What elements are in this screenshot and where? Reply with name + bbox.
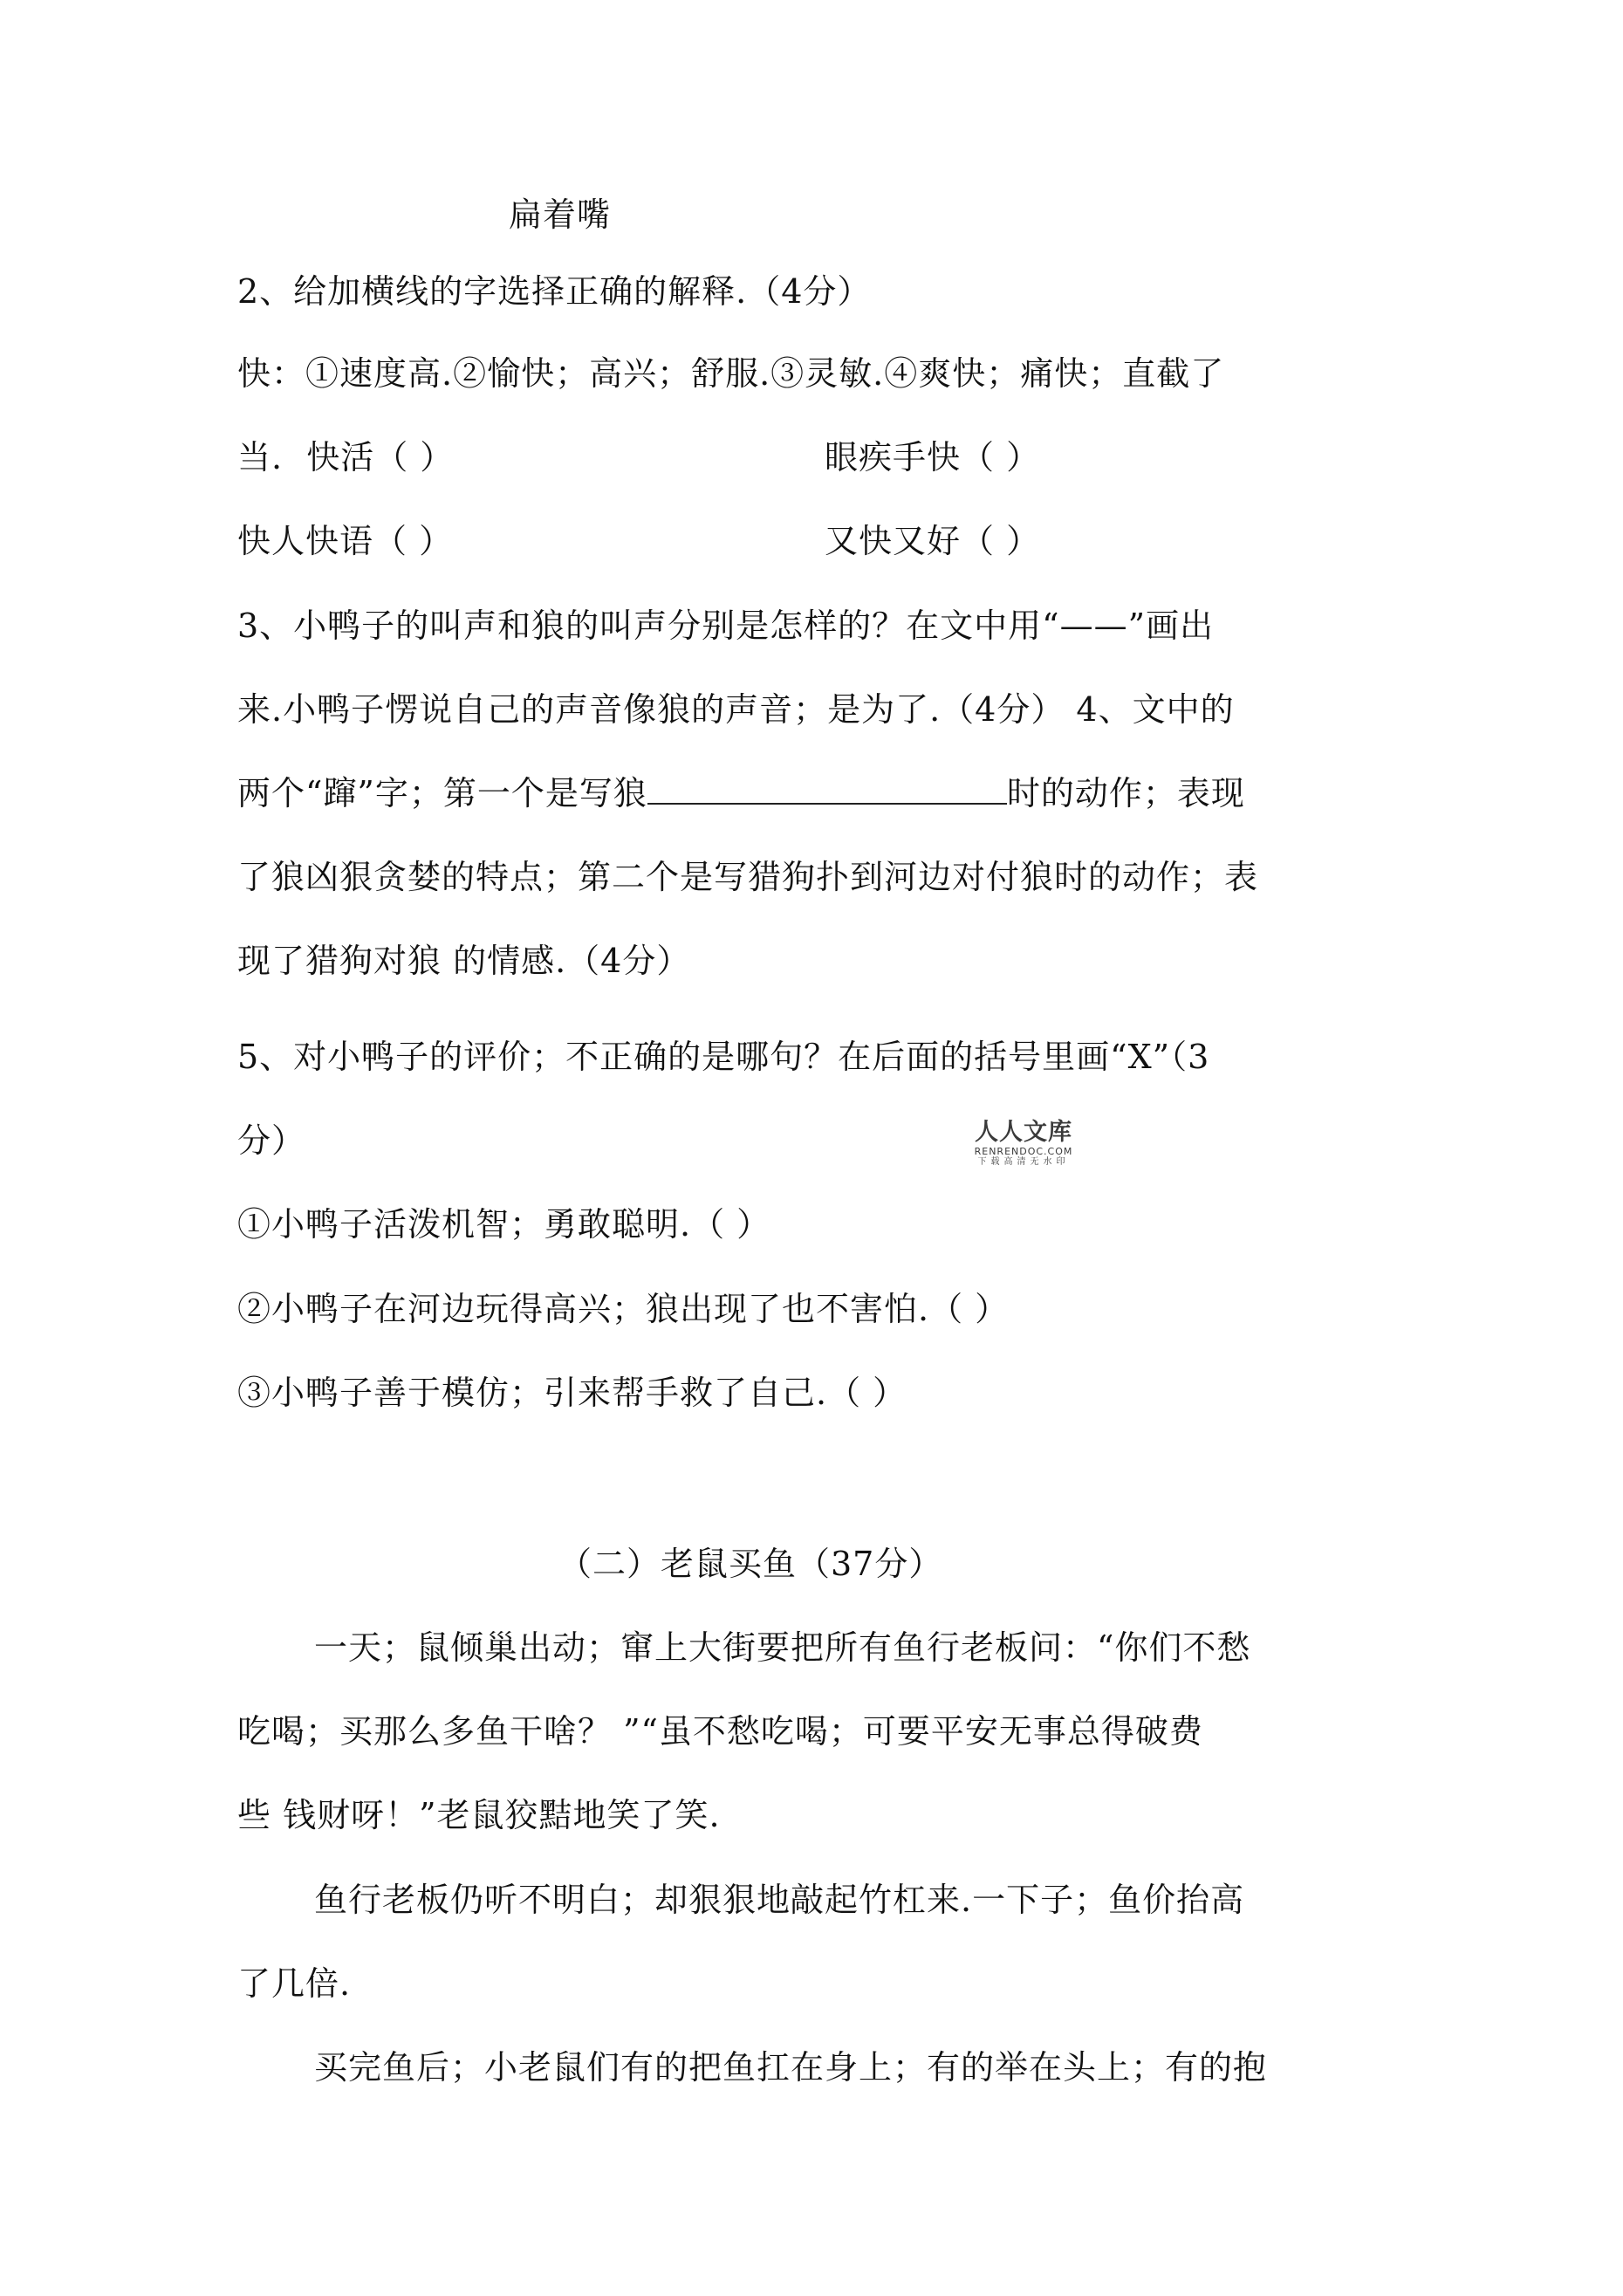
watermark-subtitle: 下载高清无水印 — [967, 1157, 1080, 1168]
question-3-line-1: 3、小鸭子的叫声和狼的叫声分别是怎样的？在文中用“——”画出 — [237, 605, 1214, 647]
question-2-title: 2、给加横线的字选择正确的解释.（4分） — [237, 271, 871, 312]
question-4-line-1: 两个“蹿”字；第一个是写狼时的动作；表现 — [237, 772, 1245, 814]
answer-item-youkuaiyouhao[interactable]: 又快又好（ ） — [825, 520, 1040, 562]
question-5-option-1[interactable]: ①小鸭子活泼机智；勇敢聪明.（ ） — [237, 1203, 770, 1245]
question-2-row-1: 当. 快活（ ） — [237, 436, 454, 478]
answer-item-kuairenkuaiyu[interactable]: 快人快语（ ） — [237, 520, 453, 562]
question-4-text-before-blank: 两个“蹿”字；第一个是写狼 — [237, 774, 647, 812]
question-2-definitions: 快：①速度高.②愉快；高兴；舒服.③灵敏.④爽快；痛快；直截了 — [237, 353, 1224, 394]
definitions-continuation: 当. — [237, 438, 283, 476]
answer-blank[interactable] — [647, 773, 1007, 805]
paragraph-1-line-1: 一天；鼠倾巢出动；窜上大街要把所有鱼行老板问：“你们不愁 — [314, 1627, 1250, 1669]
paragraph-3-line-1: 买完鱼后；小老鼠们有的把鱼扛在身上；有的举在头上；有的抱 — [314, 2046, 1267, 2088]
question-5-title-continuation: 分） — [237, 1120, 305, 1162]
question-5-option-3[interactable]: ③小鸭子善于模仿；引来帮手救了自己.（ ） — [237, 1372, 907, 1414]
question-3-line-2: 来.小鸭子愣说自己的声音像狼的声音；是为了.（4分） 4、文中的 — [237, 689, 1235, 730]
question-5-option-2[interactable]: ②小鸭子在河边玩得高兴；狼出现了也不害怕.（ ） — [237, 1288, 1009, 1330]
watermark-title: 人人文库 — [967, 1120, 1080, 1146]
question-4-line-2: 了狼凶狠贪婪的特点；第二个是写猎狗扑到河边对付狼时的动作；表 — [237, 856, 1258, 898]
answer-item-yanjishoukuai[interactable]: 眼疾手快（ ） — [825, 436, 1040, 478]
question-4-text-after-blank: 时的动作；表现 — [1007, 774, 1245, 812]
paragraph-1-line-2: 吃喝；买那么多鱼干啥？ ”“虽不愁吃喝；可要平安无事总得破费 — [237, 1710, 1203, 1752]
section-2-heading: （二）老鼠买鱼（37分） — [558, 1543, 942, 1585]
question-4-line-3: 现了猎狗对狼 的情感.（4分） — [237, 940, 690, 982]
paragraph-1-line-3: 些 钱财呀！”老鼠狡黠地笑了笑. — [237, 1794, 721, 1836]
answer-item-kuaihuo[interactable]: 快活（ ） — [306, 438, 454, 476]
paragraph-2-line-2: 了几倍. — [237, 1963, 351, 2005]
question-5-title: 5、对小鸭子的评价；不正确的是哪句？在后面的括号里画“X”（3 — [237, 1036, 1209, 1078]
renrendoc-watermark: 人人文库 RENRENDOC.COM 下载高清无水印 — [967, 1120, 1080, 1168]
paragraph-2-line-1: 鱼行老板仍听不明白；却狠狠地敲起竹杠来.一下子；鱼价抬高 — [314, 1879, 1244, 1921]
watermark-url: RENRENDOC.COM — [967, 1146, 1080, 1157]
top-fragment: 扁着嘴 — [509, 194, 611, 236]
